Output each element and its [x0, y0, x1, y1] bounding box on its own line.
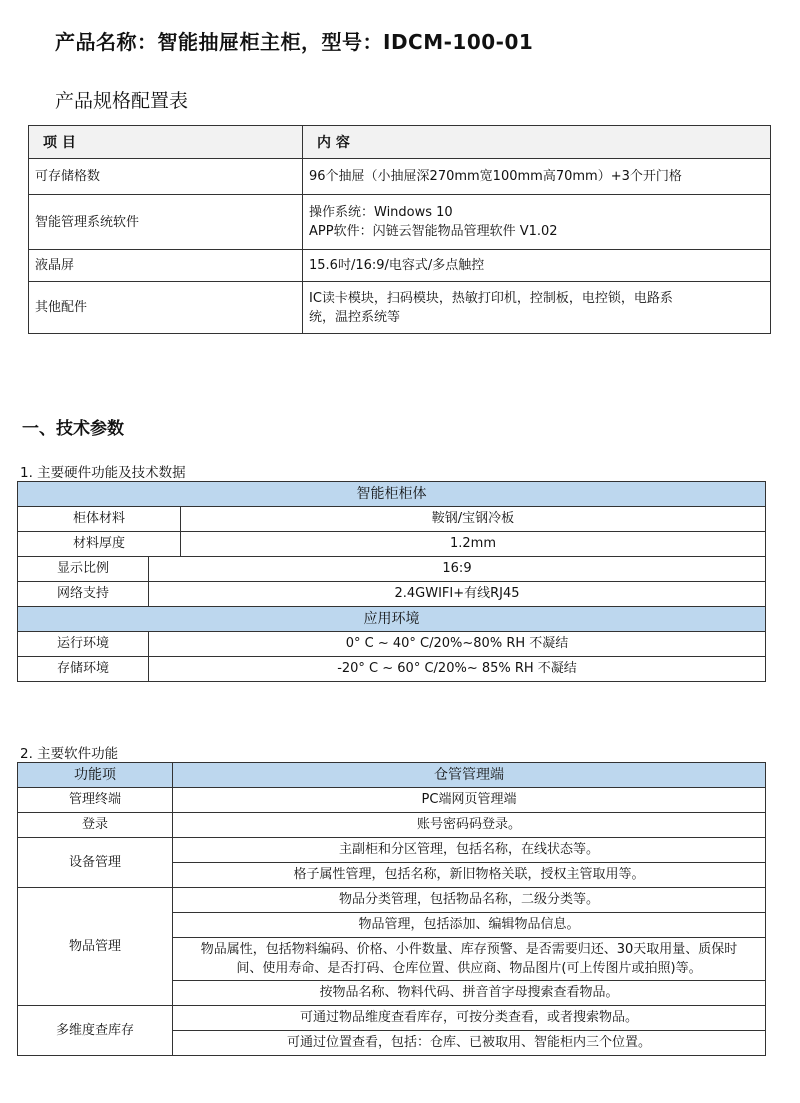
software-subheading: 2. 主要软件功能: [20, 742, 118, 762]
row-content-line: APP软件：闪链云智能物品管理软件 V1.02: [309, 222, 764, 241]
hardware-table: 智能柜柜体 柜体材料 鞍钢/宝钢冷板 材料厚度 1.2mm 显示比例 16:9 …: [17, 481, 766, 682]
spec-table-title: 产品规格配置表: [55, 86, 188, 113]
row-label: 网络支持: [18, 582, 149, 607]
product-title: 产品名称：智能抽屉柜主柜，型号：IDCM-100-01: [55, 26, 533, 55]
table-row: 登录 账号密码码登录。: [18, 813, 766, 838]
row-label: 登录: [18, 813, 173, 838]
section-heading-tech-params: 一、技术参数: [22, 414, 124, 439]
column-header-warehouse: 仓管管理端: [173, 763, 766, 788]
table-row: 显示比例 16:9: [18, 557, 766, 582]
row-item: 账号密码码登录。: [173, 813, 766, 838]
table-row: 运行环境 0° C ~ 40° C/20%~80% RH 不凝结: [18, 632, 766, 657]
table-row: 物品管理 物品分类管理，包括物品名称，二级分类等。: [18, 888, 766, 913]
table-row: 存储环境 -20° C ~ 60° C/20%~ 85% RH 不凝结: [18, 657, 766, 682]
row-value: 1.2mm: [181, 532, 766, 557]
row-item: 可通过物品维度查看库存，可按分类查看，或者搜索物品。: [173, 1006, 766, 1031]
row-content: IC读卡模块，扫码模块，热敏打印机，控制板，电控锁，电路系 统，温控系统等: [303, 282, 771, 334]
column-header-item: 项 目: [29, 126, 303, 159]
row-item: 格子属性管理，包括名称，新旧物格关联，授权主管取用等。: [173, 863, 766, 888]
row-item: 物品属性，包括物料编码、价格、小件数量、库存预警、是否需要归还、30天取用量、质…: [173, 938, 766, 981]
table-row: 可存储格数 96个抽屉（小抽屉深270mm宽100mm高70mm）+3个开门格: [29, 159, 771, 195]
row-item: PC端网页管理端: [173, 788, 766, 813]
row-label: 显示比例: [18, 557, 149, 582]
software-table: 功能项 仓管管理端 管理终端 PC端网页管理端 登录 账号密码码登录。 设备管理…: [17, 762, 766, 1056]
band-row: 智能柜柜体: [18, 482, 766, 507]
table-row: 管理终端 PC端网页管理端: [18, 788, 766, 813]
table-row: 液晶屏 15.6吋/16:9/电容式/多点触控: [29, 250, 771, 282]
row-value: -20° C ~ 60° C/20%~ 85% RH 不凝结: [149, 657, 766, 682]
row-label: 柜体材料: [18, 507, 181, 532]
row-content: 96个抽屉（小抽屉深270mm宽100mm高70mm）+3个开门格: [303, 159, 771, 195]
table-row: 网络支持 2.4GWIFI+有线RJ45: [18, 582, 766, 607]
table-row: 设备管理 主副柜和分区管理，包括名称，在线状态等。: [18, 838, 766, 863]
table-row: 多维度查库存 可通过物品维度查看库存，可按分类查看，或者搜索物品。: [18, 1006, 766, 1031]
row-value: 鞍钢/宝钢冷板: [181, 507, 766, 532]
row-value: 0° C ~ 40° C/20%~80% RH 不凝结: [149, 632, 766, 657]
row-label: 可存储格数: [29, 159, 303, 195]
table-row: 其他配件 IC读卡模块，扫码模块，热敏打印机，控制板，电控锁，电路系 统，温控系…: [29, 282, 771, 334]
hardware-subheading: 1. 主要硬件功能及技术数据: [20, 461, 186, 481]
row-label: 管理终端: [18, 788, 173, 813]
row-label: 物品管理: [18, 888, 173, 1006]
row-label: 存储环境: [18, 657, 149, 682]
row-label: 多维度查库存: [18, 1006, 173, 1056]
row-content: 15.6吋/16:9/电容式/多点触控: [303, 250, 771, 282]
table-header-row: 项 目 内 容: [29, 126, 771, 159]
row-item: 按物品名称、物料代码、拼音首字母搜索查看物品。: [173, 981, 766, 1006]
row-value: 2.4GWIFI+有线RJ45: [149, 582, 766, 607]
row-label: 材料厚度: [18, 532, 181, 557]
row-item: 可通过位置查看，包括：仓库、已被取用、智能柜内三个位置。: [173, 1031, 766, 1056]
band-cabinet-body: 智能柜柜体: [18, 482, 766, 507]
row-content-line: 操作系统：Windows 10: [309, 203, 764, 222]
column-header-content: 内 容: [303, 126, 771, 159]
band-environment: 应用环境: [18, 607, 766, 632]
table-header-row: 功能项 仓管管理端: [18, 763, 766, 788]
row-item: 物品管理，包括添加、编辑物品信息。: [173, 913, 766, 938]
table-row: 材料厚度 1.2mm: [18, 532, 766, 557]
row-label: 智能管理系统软件: [29, 195, 303, 250]
row-value: 16:9: [149, 557, 766, 582]
table-row: 智能管理系统软件 操作系统：Windows 10 APP软件：闪链云智能物品管理…: [29, 195, 771, 250]
row-content-line: IC读卡模块，扫码模块，热敏打印机，控制板，电控锁，电路系: [309, 289, 764, 308]
column-header-function: 功能项: [18, 763, 173, 788]
row-label: 液晶屏: [29, 250, 303, 282]
row-item: 物品分类管理，包括物品名称，二级分类等。: [173, 888, 766, 913]
row-content-line: 统，温控系统等: [309, 308, 764, 327]
row-label: 设备管理: [18, 838, 173, 888]
row-label: 其他配件: [29, 282, 303, 334]
spec-config-table: 项 目 内 容 可存储格数 96个抽屉（小抽屉深270mm宽100mm高70mm…: [28, 125, 771, 334]
row-item: 主副柜和分区管理，包括名称，在线状态等。: [173, 838, 766, 863]
table-row: 柜体材料 鞍钢/宝钢冷板: [18, 507, 766, 532]
band-row: 应用环境: [18, 607, 766, 632]
row-label: 运行环境: [18, 632, 149, 657]
row-content: 操作系统：Windows 10 APP软件：闪链云智能物品管理软件 V1.02: [303, 195, 771, 250]
